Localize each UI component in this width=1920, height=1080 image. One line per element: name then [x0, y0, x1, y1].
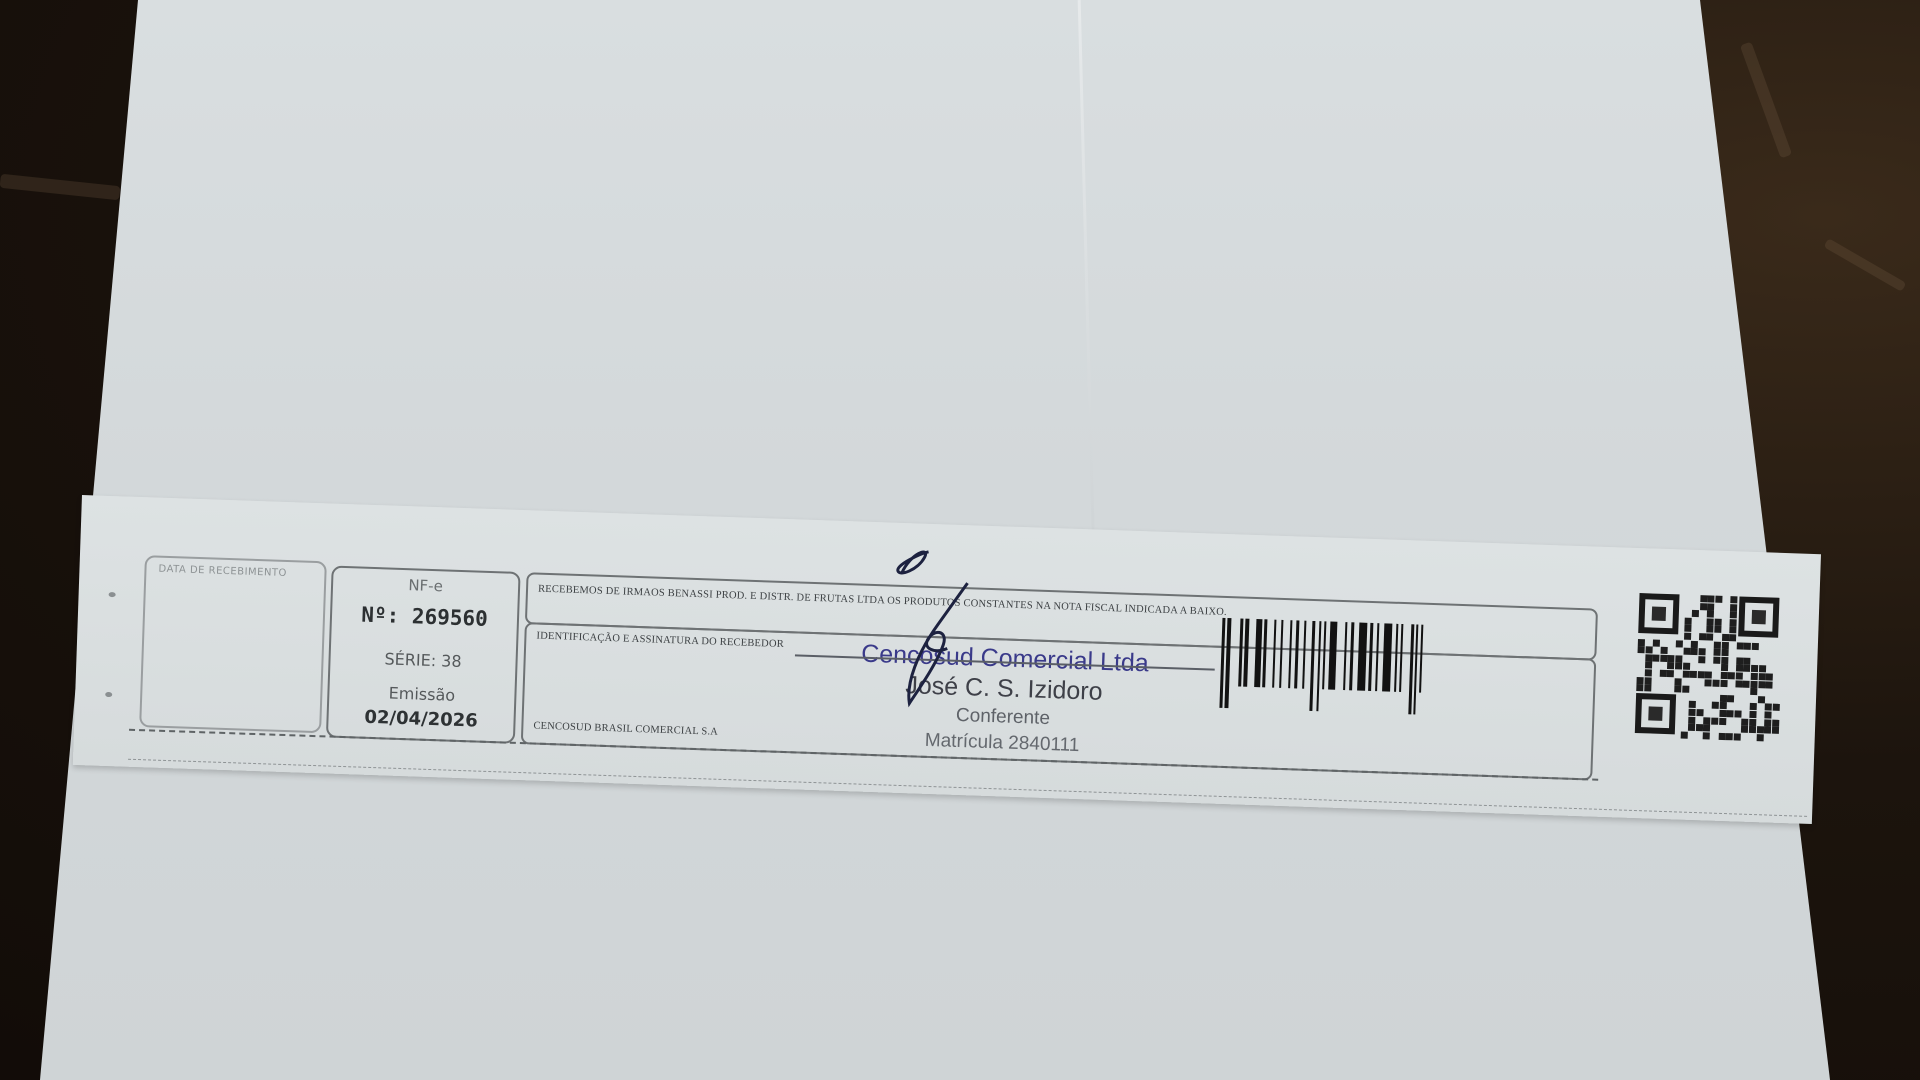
- qr-module: [1707, 618, 1714, 625]
- qr-module: [1682, 686, 1689, 693]
- qr-module: [1721, 641, 1728, 648]
- qr-module: [1704, 717, 1711, 724]
- qr-module: [1736, 665, 1743, 672]
- qr-module: [1741, 726, 1748, 733]
- qr-module: [1749, 726, 1756, 733]
- qr-module: [1696, 709, 1703, 716]
- qr-module: [1756, 734, 1763, 741]
- qr-module: [1734, 710, 1741, 717]
- nfe-series-label: SÉRIE:: [384, 649, 436, 670]
- qr-module: [1636, 677, 1643, 684]
- qr-module: [1744, 657, 1751, 664]
- barcode-bar: [1403, 624, 1411, 625]
- qr-module: [1718, 733, 1725, 740]
- qr-module: [1652, 654, 1659, 661]
- barcode-bar: [1349, 622, 1354, 690]
- qr-module: [1644, 684, 1651, 691]
- qr-module: [1692, 610, 1699, 617]
- qr-module: [1721, 649, 1728, 656]
- qr-module: [1644, 669, 1651, 676]
- barcode-bar: [1262, 619, 1267, 687]
- qr-module: [1707, 626, 1714, 633]
- qr-module: [1765, 704, 1772, 711]
- nfe-info-box: NF-e Nº: 269560 SÉRIE: 38 Emissão 02/04/…: [326, 566, 521, 744]
- qr-module: [1711, 717, 1718, 724]
- qr-module: [1722, 634, 1729, 641]
- qr-module: [1736, 657, 1743, 664]
- barcode-bar: [1309, 621, 1315, 711]
- qr-module: [1660, 655, 1667, 662]
- nfe-issue-label: Emissão: [329, 682, 515, 707]
- qr-module: [1698, 656, 1705, 663]
- qr-module: [1714, 641, 1721, 648]
- qr-module: [1719, 710, 1726, 717]
- qr-module: [1751, 665, 1758, 672]
- qr-module: [1750, 703, 1757, 710]
- nfe-number-value: 269560: [412, 604, 489, 631]
- qr-module: [1764, 727, 1771, 734]
- barcode-bar: [1419, 625, 1423, 693]
- qr-module: [1735, 672, 1742, 679]
- qr-module: [1730, 611, 1737, 618]
- qr-module: [1645, 654, 1652, 661]
- qr-module: [1756, 726, 1763, 733]
- qr-module: [1674, 678, 1681, 685]
- barcode-bar: [1375, 623, 1379, 691]
- barcode-bar: [1316, 621, 1321, 711]
- qr-module: [1698, 648, 1705, 655]
- nfe-barcode: [1219, 618, 1572, 720]
- barcode-bar: [1368, 623, 1373, 691]
- qr-module: [1644, 677, 1651, 684]
- qr-module: [1680, 731, 1687, 738]
- qr-module: [1712, 679, 1719, 686]
- barcode-bar: [1283, 620, 1290, 621]
- qr-module: [1730, 596, 1737, 603]
- qr-module: [1688, 716, 1695, 723]
- qr-module: [1712, 702, 1719, 709]
- qr-module: [1703, 724, 1710, 731]
- qr-module: [1683, 648, 1690, 655]
- qr-module: [1707, 611, 1714, 618]
- qr-module: [1660, 647, 1667, 654]
- qr-module: [1729, 634, 1736, 641]
- barcode-bar: [1254, 619, 1262, 687]
- qr-module: [1750, 688, 1757, 695]
- barcode-bar: [1328, 622, 1337, 690]
- handwritten-signature: [845, 541, 1011, 716]
- qr-module: [1720, 672, 1727, 679]
- qr-module: [1729, 627, 1736, 634]
- qr-module: [1705, 679, 1712, 686]
- nfe-issue-date: 02/04/2026: [328, 706, 514, 733]
- qr-module: [1772, 727, 1779, 734]
- qr-module: [1691, 640, 1698, 647]
- qr-module: [1749, 718, 1756, 725]
- qr-module: [1742, 718, 1749, 725]
- qr-module: [1691, 648, 1698, 655]
- qr-module: [1700, 595, 1707, 602]
- qr-module: [1689, 709, 1696, 716]
- qr-module: [1758, 681, 1765, 688]
- qr-module: [1719, 702, 1726, 709]
- qr-module: [1698, 671, 1705, 678]
- receipt-date-box: DATA DE RECEBIMENTO: [139, 555, 327, 733]
- qr-module: [1766, 673, 1773, 680]
- barcode-bar: [1288, 620, 1292, 688]
- qr-module: [1638, 639, 1645, 646]
- qr-module: [1733, 733, 1740, 740]
- qr-module: [1772, 704, 1779, 711]
- qr-module: [1765, 711, 1772, 718]
- barcode-bar: [1357, 623, 1367, 691]
- qr-finder: [1738, 596, 1779, 637]
- barcode-bar: [1279, 620, 1283, 688]
- barcode-bar: [1337, 622, 1345, 623]
- qr-module: [1684, 633, 1691, 640]
- qr-module: [1744, 642, 1751, 649]
- qr-module: [1715, 596, 1722, 603]
- qr-module: [1708, 595, 1715, 602]
- nfe-series-value: 38: [441, 651, 462, 671]
- qr-module: [1727, 710, 1734, 717]
- qr-module: [1727, 695, 1734, 702]
- nfe-qr-code: [1634, 593, 1789, 748]
- qr-module: [1688, 724, 1695, 731]
- qr-module: [1749, 711, 1756, 718]
- qr-module: [1696, 724, 1703, 731]
- qr-module: [1675, 663, 1682, 670]
- barcode-bar: [1272, 620, 1276, 688]
- qr-module: [1707, 603, 1714, 610]
- nfe-number-label: Nº:: [361, 603, 400, 628]
- barcode-bar: [1294, 620, 1299, 688]
- barcode-bar: [1423, 625, 1426, 626]
- qr-module: [1668, 655, 1675, 662]
- qr-module: [1726, 733, 1733, 740]
- qr-module: [1714, 626, 1721, 633]
- surface-texture: [1824, 238, 1907, 292]
- barcode-bar: [1382, 623, 1392, 691]
- recipient-company: CENCOSUD BRASIL COMERCIAL S.A: [533, 720, 718, 737]
- surface-texture: [1740, 42, 1792, 159]
- qr-module: [1752, 643, 1759, 650]
- qr-module: [1743, 665, 1750, 672]
- qr-module: [1721, 664, 1728, 671]
- qr-module: [1703, 732, 1710, 739]
- qr-module: [1751, 673, 1758, 680]
- surface-texture: [0, 174, 120, 200]
- qr-module: [1645, 646, 1652, 653]
- qr-module: [1645, 662, 1652, 669]
- qr-module: [1676, 640, 1683, 647]
- qr-module: [1713, 649, 1720, 656]
- qr-module: [1720, 695, 1727, 702]
- qr-module: [1684, 617, 1691, 624]
- nfe-title: NF-e: [333, 574, 519, 598]
- qr-module: [1699, 633, 1706, 640]
- barcode-bar: [1413, 624, 1418, 714]
- barcode-bar: [1399, 624, 1403, 692]
- qr-module: [1721, 657, 1728, 664]
- qr-module: [1705, 671, 1712, 678]
- photo-scene: DATA DE RECEBIMENTO NF-e Nº: 269560 SÉRI…: [0, 0, 1920, 1080]
- nfe-series: SÉRIE: 38: [330, 648, 516, 673]
- qr-module: [1758, 673, 1765, 680]
- barcode-bar: [1249, 619, 1256, 620]
- qr-module: [1667, 670, 1674, 677]
- qr-module: [1772, 719, 1779, 726]
- qr-module: [1653, 639, 1660, 646]
- barcode-bar: [1322, 621, 1326, 689]
- qr-module: [1737, 642, 1744, 649]
- qr-module: [1713, 656, 1720, 663]
- qr-module: [1675, 655, 1682, 662]
- qr-module: [1764, 719, 1771, 726]
- qr-module: [1750, 680, 1757, 687]
- qr-module: [1715, 618, 1722, 625]
- qr-module: [1743, 680, 1750, 687]
- qr-module: [1660, 670, 1667, 677]
- qr-module: [1682, 671, 1689, 678]
- qr-module: [1766, 681, 1773, 688]
- qr-module: [1720, 679, 1727, 686]
- receipt-date-label: DATA DE RECEBIMENTO: [158, 564, 287, 579]
- barcode-bar: [1302, 621, 1306, 689]
- punch-mark: [109, 592, 116, 597]
- paper-fold: [1078, 0, 1096, 560]
- qr-module: [1719, 717, 1726, 724]
- barcode-bar: [1394, 624, 1398, 692]
- qr-module: [1690, 671, 1697, 678]
- qr-finder: [1635, 693, 1676, 734]
- qr-module: [1674, 685, 1681, 692]
- signature-field-label: IDENTIFICAÇÃO E ASSINATURA DO RECEBEDOR: [536, 631, 784, 650]
- qr-module: [1684, 625, 1691, 632]
- punch-mark: [105, 692, 112, 697]
- barcode-bar: [1343, 622, 1347, 690]
- qr-module: [1728, 672, 1735, 679]
- qr-module: [1730, 619, 1737, 626]
- nfe-number: Nº: 269560: [332, 602, 518, 632]
- qr-module: [1759, 666, 1766, 673]
- barcode-bar: [1231, 618, 1240, 619]
- qr-module: [1757, 696, 1764, 703]
- qr-module: [1700, 603, 1707, 610]
- qr-module: [1689, 701, 1696, 708]
- qr-finder: [1638, 593, 1679, 634]
- barcode-bar: [1224, 618, 1231, 708]
- qr-module: [1735, 680, 1742, 687]
- qr-module: [1706, 633, 1713, 640]
- qr-module: [1683, 663, 1690, 670]
- qr-module: [1730, 604, 1737, 611]
- barcode-bar: [1243, 619, 1249, 687]
- qr-module: [1638, 646, 1645, 653]
- qr-module: [1636, 684, 1643, 691]
- qr-module: [1667, 662, 1674, 669]
